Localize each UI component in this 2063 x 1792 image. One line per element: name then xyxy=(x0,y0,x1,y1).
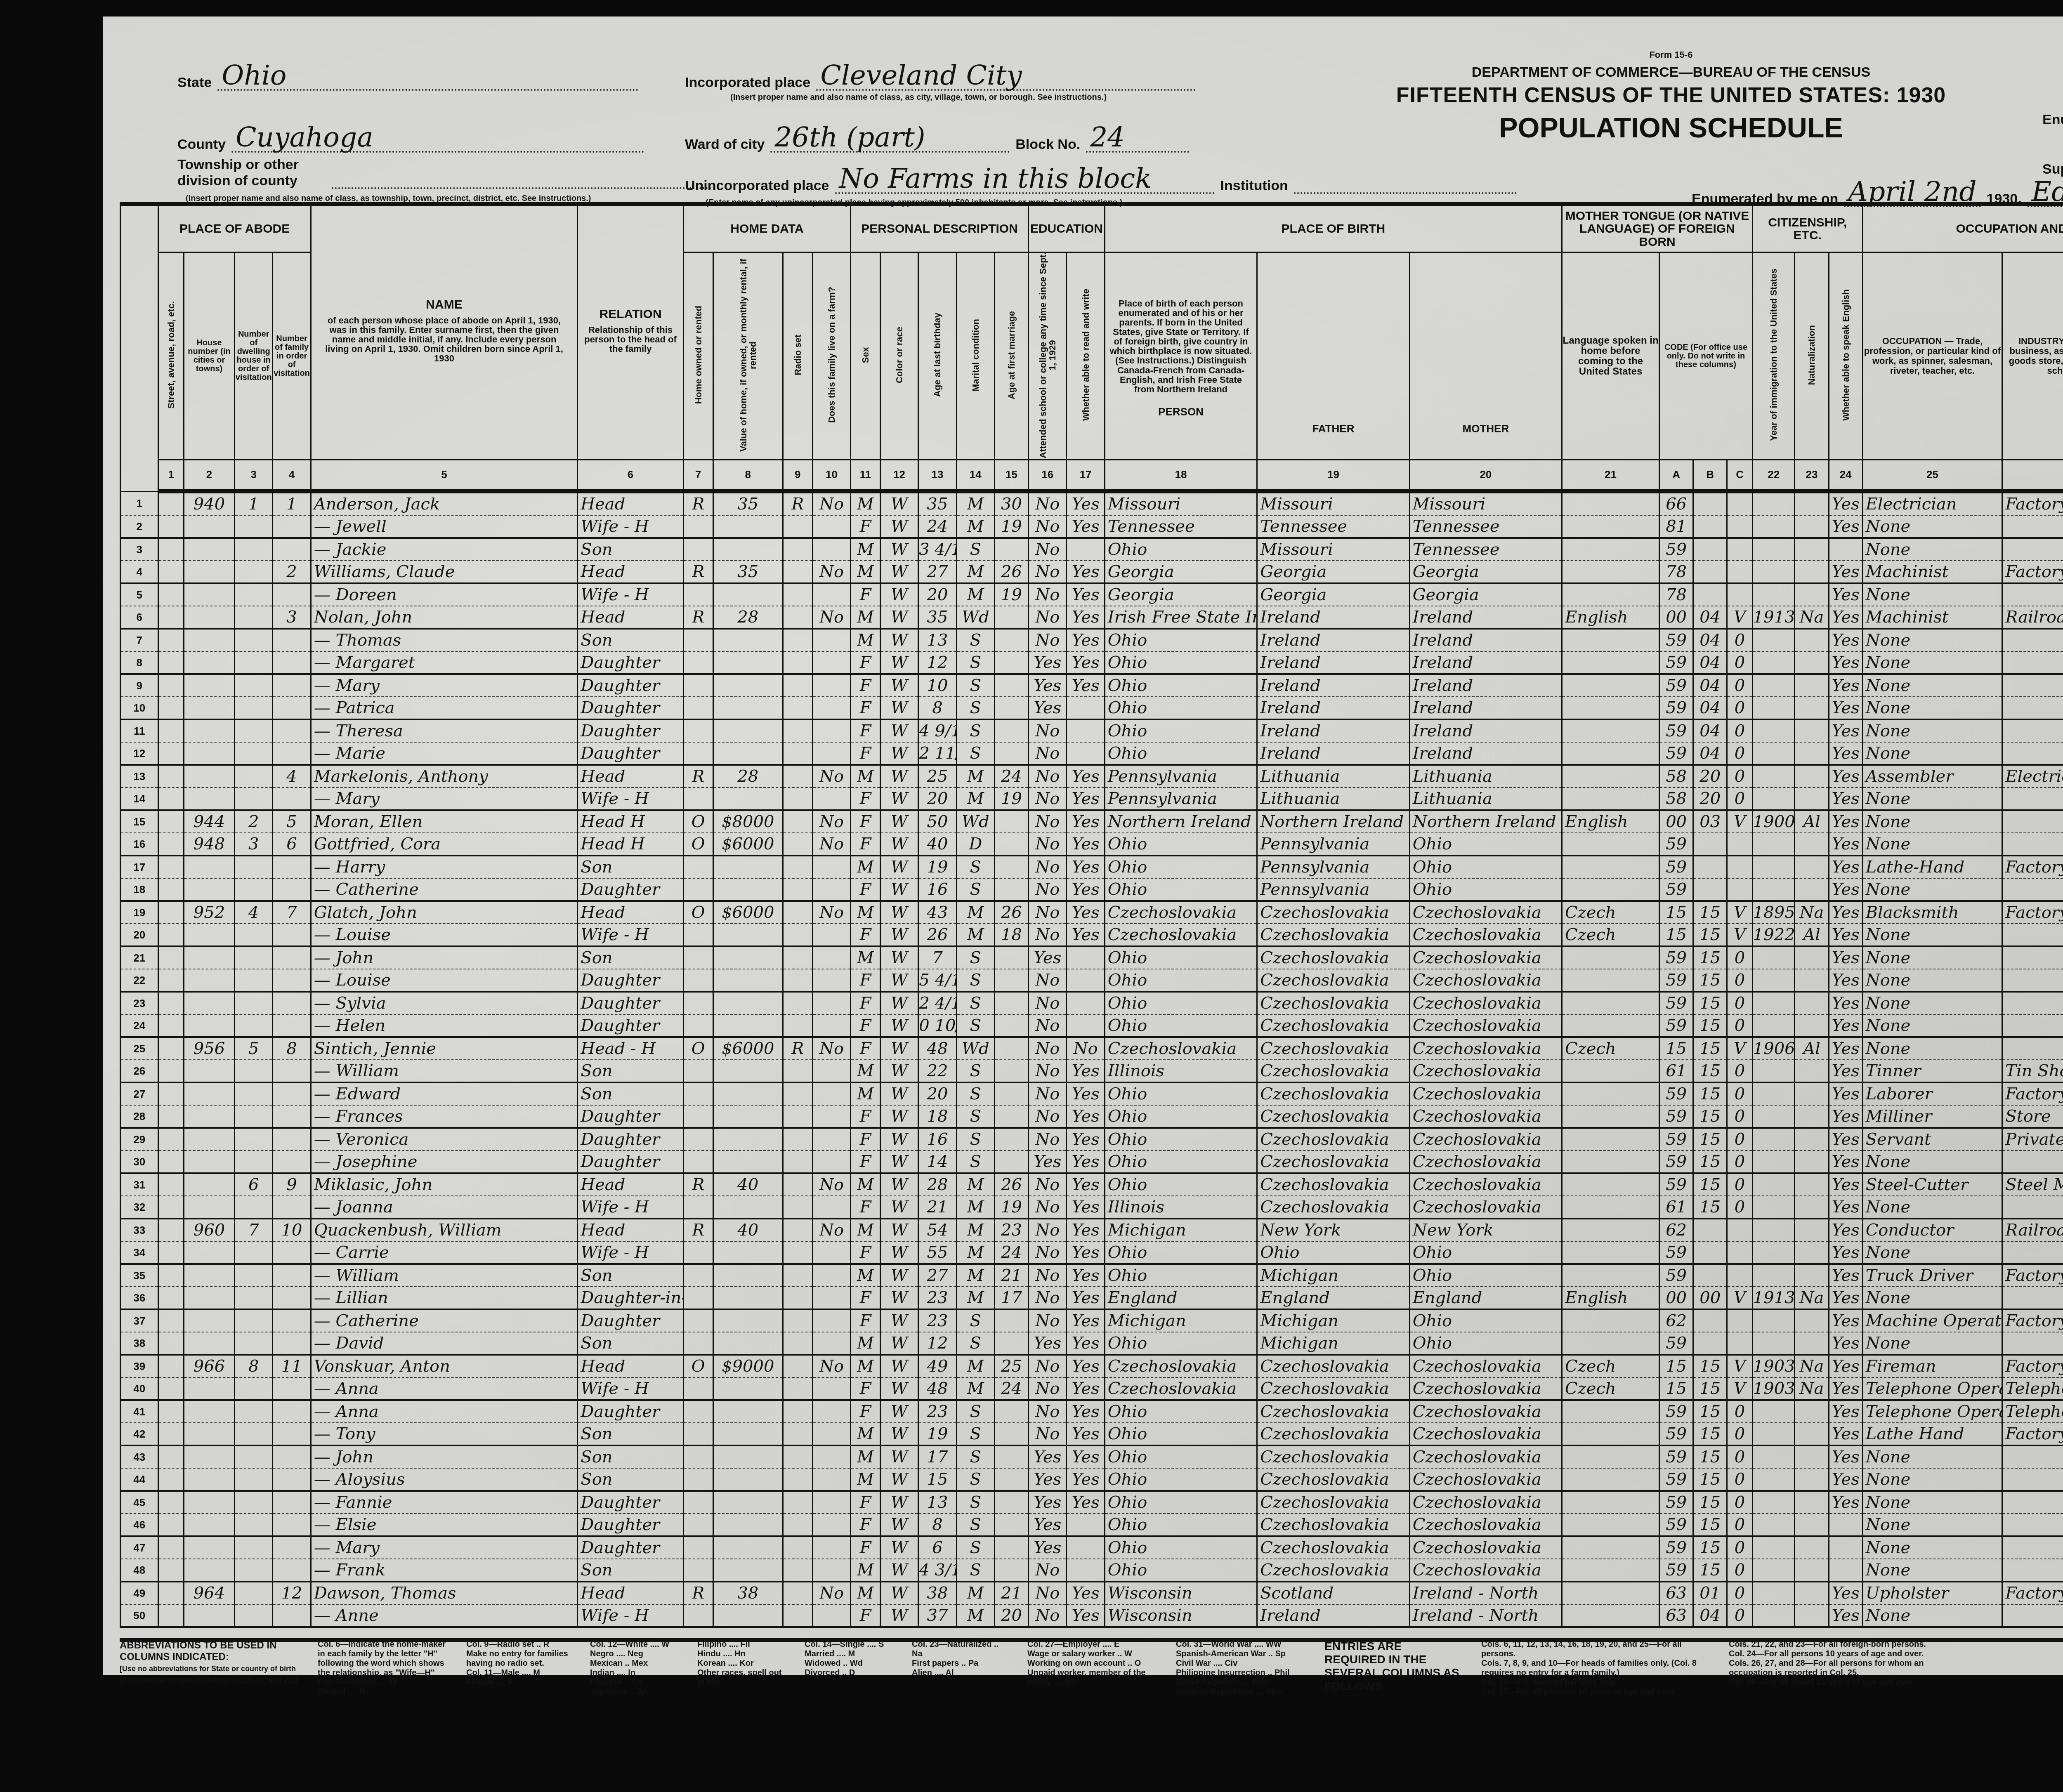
cell-codeC: V xyxy=(1727,810,1753,833)
cell-race: W xyxy=(880,1423,918,1445)
cell-house xyxy=(184,1082,234,1105)
cell-immig: 1906 xyxy=(1752,1037,1795,1060)
cell-father: Ireland xyxy=(1257,651,1409,674)
table-row: 41— AnnaDaughterFW23SNoYesOhioCzechoslov… xyxy=(120,1400,2063,1423)
table-row: 2— JewellWife - HFW24M19NoYesTennesseeTe… xyxy=(120,515,2063,538)
cell-name: Moran, Ellen xyxy=(311,810,577,833)
cell-immig: 1895 xyxy=(1752,901,1795,924)
cell-lang: English xyxy=(1562,810,1659,833)
cell-read: Yes xyxy=(1067,1219,1105,1241)
cell-age: 5 4/12 xyxy=(918,969,956,992)
cell-occupation: None xyxy=(1862,1287,2002,1309)
cell-read: Yes xyxy=(1067,1355,1105,1377)
cell-value: 35 xyxy=(713,491,783,515)
cell-lang: English xyxy=(1562,606,1659,629)
cell-radio xyxy=(783,1173,812,1196)
cell-mother: Ireland xyxy=(1409,651,1562,674)
column-number: 13 xyxy=(918,460,956,492)
cell-school: No xyxy=(1029,1355,1067,1377)
incorporated-field: Incorporated place Cleveland City xyxy=(685,62,1196,91)
cell-farm: No xyxy=(812,1037,850,1060)
cell-relation: Head xyxy=(578,561,684,583)
cell-age: 24 xyxy=(918,515,956,538)
cell-house xyxy=(184,1400,234,1423)
cell-occupation: None xyxy=(1862,719,2002,742)
cell-relation: Wife - H xyxy=(578,515,684,538)
cell-race: W xyxy=(880,810,918,833)
cell-natur xyxy=(1795,1468,1829,1491)
cell-name: — Jackie xyxy=(311,538,577,561)
cell-dwelling xyxy=(235,606,273,629)
cell-school: No xyxy=(1029,491,1067,515)
street-cell xyxy=(158,561,184,583)
cell-age: 27 xyxy=(918,561,956,583)
table-row: 29— VeronicaDaughterFW16SNoYesOhioCzecho… xyxy=(120,1128,2063,1151)
cell-age: 20 xyxy=(918,583,956,606)
table-row: 43— JohnSonMW17SYesYesOhioCzechoslovakia… xyxy=(120,1445,2063,1468)
cell-english: Yes xyxy=(1829,1173,1862,1196)
cell-name: Nolan, John xyxy=(311,606,577,629)
cell-marital: S xyxy=(956,1400,994,1423)
cell-lang xyxy=(1562,674,1659,697)
cell-codeA: 59 xyxy=(1659,1536,1693,1559)
cell-read: Yes xyxy=(1067,1151,1105,1173)
cell-radio xyxy=(783,878,812,901)
cell-birth: Wisconsin xyxy=(1105,1582,1257,1604)
cell-lang xyxy=(1562,1219,1659,1241)
entries-a: Cols. 6, 11, 12, 13, 14, 16, 18, 19, 20,… xyxy=(1481,1640,1712,1673)
cell-father: Scotland xyxy=(1257,1582,1409,1604)
table-row: 1995247Glatch, JohnHeadO$6000NoMW43M26No… xyxy=(120,901,2063,924)
cell-immig xyxy=(1752,1241,1795,1264)
cell-house xyxy=(184,606,234,629)
cell-value xyxy=(713,1287,783,1309)
cell-read: Yes xyxy=(1067,878,1105,901)
cell-radio xyxy=(783,538,812,561)
cell-race: W xyxy=(880,1287,918,1309)
cell-owned xyxy=(683,946,713,969)
cell-school: No xyxy=(1029,1582,1067,1604)
cell-relation: Wife - H xyxy=(578,583,684,606)
form-number: Form 15-6 xyxy=(1362,50,1980,60)
cell-read: Yes xyxy=(1067,901,1105,924)
line-number: 27 xyxy=(120,1082,158,1105)
cell-age-marr xyxy=(994,833,1028,856)
cell-read: Yes xyxy=(1067,515,1105,538)
cell-birth: Czechoslovakia xyxy=(1105,901,1257,924)
cell-family xyxy=(273,1151,311,1173)
cell-birth: Ohio xyxy=(1105,856,1257,878)
cell-owned xyxy=(683,651,713,674)
cell-father: New York xyxy=(1257,1219,1409,1241)
cell-family xyxy=(273,1559,311,1582)
cell-dwelling xyxy=(235,697,273,719)
cell-mother: Czechoslovakia xyxy=(1409,969,1562,992)
cell-sex: M xyxy=(851,1445,880,1468)
cell-birth: Ohio xyxy=(1105,1173,1257,1196)
cell-sex: M xyxy=(851,561,880,583)
cell-father: Pennsylvania xyxy=(1257,878,1409,901)
cell-dwelling xyxy=(235,1536,273,1559)
cell-birth: Wisconsin xyxy=(1105,1604,1257,1627)
cell-occupation: Lathe Hand xyxy=(1862,1423,2002,1445)
abbrev-col14: Col. 14—Single .... S Married .... M Wid… xyxy=(805,1640,895,1673)
cell-codeB: 15 xyxy=(1693,1355,1727,1377)
cell-age: 48 xyxy=(918,1037,956,1060)
cell-farm xyxy=(812,1400,850,1423)
cell-family xyxy=(273,1105,311,1128)
cell-name: — Louise xyxy=(311,924,577,946)
cell-age-marr xyxy=(994,1332,1028,1355)
cell-race: W xyxy=(880,1377,918,1400)
cell-immig: 1913 xyxy=(1752,1287,1795,1309)
cell-house: 956 xyxy=(184,1037,234,1060)
cell-read: Yes xyxy=(1067,1332,1105,1355)
block-label: Block No. xyxy=(1015,137,1080,153)
cell-industry: Private Family xyxy=(2002,1128,2063,1151)
census-sheet: State Ohio County Cuyahoga Township or o… xyxy=(103,17,2063,1675)
cell-radio xyxy=(783,1468,812,1491)
line-number: 40 xyxy=(120,1377,158,1400)
cell-read: Yes xyxy=(1067,1264,1105,1287)
cell-race: W xyxy=(880,1173,918,1196)
line-number: 43 xyxy=(120,1445,158,1468)
cell-farm xyxy=(812,1309,850,1332)
street-cell xyxy=(158,1196,184,1219)
line-number: 42 xyxy=(120,1423,158,1445)
cell-natur xyxy=(1795,1309,1829,1332)
cell-english xyxy=(1829,1514,1862,1536)
group-abode: PLACE OF ABODE xyxy=(158,206,311,252)
cell-birth: Ohio xyxy=(1105,1536,1257,1559)
cell-farm xyxy=(812,1332,850,1355)
cell-mother: Czechoslovakia xyxy=(1409,1423,1562,1445)
cell-natur: Na xyxy=(1795,1355,1829,1377)
cell-english: Yes xyxy=(1829,833,1862,856)
cell-lang: Czech xyxy=(1562,924,1659,946)
cell-codeA: 66 xyxy=(1659,491,1693,515)
cell-age: 2 4/12 xyxy=(918,992,956,1014)
cell-codeB xyxy=(1693,561,1727,583)
table-row: 36— LillianDaughter-in-lawFW23M17NoYesEn… xyxy=(120,1287,2063,1309)
cell-birth: Georgia xyxy=(1105,561,1257,583)
cell-english: Yes xyxy=(1829,1309,1862,1332)
cell-birth: Missouri xyxy=(1105,491,1257,515)
cell-age: 20 xyxy=(918,1082,956,1105)
line-number: 7 xyxy=(120,629,158,651)
table-row: 8— MargaretDaughterFW12SYesYesOhioIrelan… xyxy=(120,651,2063,674)
table-row: 21— JohnSonMW7SYesOhioCzechoslovakiaCzec… xyxy=(120,946,2063,969)
cell-english: Yes xyxy=(1829,1151,1862,1173)
cell-house xyxy=(184,1536,234,1559)
cell-dwelling xyxy=(235,1105,273,1128)
cell-value: 35 xyxy=(713,561,783,583)
cell-industry: Factory xyxy=(2002,491,2063,515)
cell-name: — Anne xyxy=(311,1604,577,1627)
cell-value xyxy=(713,1536,783,1559)
cell-read xyxy=(1067,946,1105,969)
table-row: 37— CatherineDaughterFW23SNoYesMichiganM… xyxy=(120,1309,2063,1332)
cell-age: 13 xyxy=(918,629,956,651)
cell-age-marr xyxy=(994,856,1028,878)
column-number: 19 xyxy=(1257,460,1409,492)
street-cell xyxy=(158,651,184,674)
column-number: 3 xyxy=(235,460,273,492)
cell-english: Yes xyxy=(1829,1582,1862,1604)
cell-dwelling: 4 xyxy=(235,901,273,924)
cell-marital: S xyxy=(956,1332,994,1355)
cell-value xyxy=(713,629,783,651)
cell-value xyxy=(713,719,783,742)
cell-father: Czechoslovakia xyxy=(1257,1468,1409,1491)
cell-owned: O xyxy=(683,1037,713,1060)
cell-occupation: None xyxy=(1862,992,2002,1014)
cell-school: No xyxy=(1029,538,1067,561)
cell-immig xyxy=(1752,1264,1795,1287)
street-cell xyxy=(158,788,184,810)
cell-mother: Czechoslovakia xyxy=(1409,1468,1562,1491)
cell-relation: Head - H xyxy=(578,1037,684,1060)
cell-race: W xyxy=(880,1491,918,1514)
line-number: 3 xyxy=(120,538,158,561)
cell-birth: Ohio xyxy=(1105,992,1257,1014)
cell-codeB: 15 xyxy=(1693,1559,1727,1582)
cell-codeA: 00 xyxy=(1659,810,1693,833)
cell-age: 16 xyxy=(918,878,956,901)
line-number-header xyxy=(120,206,158,491)
cell-lang xyxy=(1562,651,1659,674)
cell-age: 4 9/12 xyxy=(918,719,956,742)
cell-sex: F xyxy=(851,1241,880,1264)
cell-dwelling xyxy=(235,1287,273,1309)
cell-name: — Mary xyxy=(311,1536,577,1559)
cell-lang xyxy=(1562,1173,1659,1196)
cell-relation: Daughter xyxy=(578,1309,684,1332)
cell-farm xyxy=(812,1060,850,1082)
cell-occupation: Machinist xyxy=(1862,606,2002,629)
cell-marital: S xyxy=(956,856,994,878)
cell-school: No xyxy=(1029,992,1067,1014)
cell-age-marr xyxy=(994,538,1028,561)
cell-birth: Michigan xyxy=(1105,1219,1257,1241)
cell-read: Yes xyxy=(1067,1287,1105,1309)
cell-read: Yes xyxy=(1067,1423,1105,1445)
cell-industry: Factory xyxy=(2002,901,2063,924)
cell-family xyxy=(273,992,311,1014)
cell-father: Czechoslovakia xyxy=(1257,969,1409,992)
cell-relation: Son xyxy=(578,1332,684,1355)
cell-dwelling xyxy=(235,1128,273,1151)
cell-industry: Railroad xyxy=(2002,1219,2063,1241)
cell-read xyxy=(1067,538,1105,561)
cell-marital: Wd xyxy=(956,810,994,833)
street-cell xyxy=(158,1491,184,1514)
cell-relation: Head H xyxy=(578,810,684,833)
cell-codeB: 15 xyxy=(1693,1173,1727,1196)
cell-mother: Lithuania xyxy=(1409,788,1562,810)
cell-birth: Ohio xyxy=(1105,1514,1257,1536)
township-value xyxy=(332,187,711,189)
cell-occupation: None xyxy=(1862,1559,2002,1582)
group-education: EDUCATION xyxy=(1029,206,1105,252)
cell-mother: Czechoslovakia xyxy=(1409,1536,1562,1559)
cell-value xyxy=(713,924,783,946)
cell-codeC: V xyxy=(1727,924,1753,946)
cell-value xyxy=(713,1377,783,1400)
cell-codeC xyxy=(1727,1241,1753,1264)
cell-age-marr: 19 xyxy=(994,515,1028,538)
cell-english: Yes xyxy=(1829,491,1862,515)
table-row: 34— CarrieWife - HFW55M24NoYesOhioOhioOh… xyxy=(120,1241,2063,1264)
cell-owned: R xyxy=(683,1582,713,1604)
line-number: 48 xyxy=(120,1559,158,1582)
cell-codeA: 63 xyxy=(1659,1604,1693,1627)
cell-birth: Ohio xyxy=(1105,629,1257,651)
table-row: 14— MaryWife - HFW20M19NoYesPennsylvania… xyxy=(120,788,2063,810)
cell-codeB: 15 xyxy=(1693,1082,1727,1105)
cell-family xyxy=(273,1400,311,1423)
cell-age-marr: 23 xyxy=(994,1219,1028,1241)
cell-value xyxy=(713,878,783,901)
cell-mother: Ireland xyxy=(1409,719,1562,742)
table-row: 194011Anderson, JackHeadR35RNoMW35M30NoY… xyxy=(120,491,2063,515)
cell-radio xyxy=(783,1151,812,1173)
cell-mother: Czechoslovakia xyxy=(1409,1014,1562,1037)
line-number: 16 xyxy=(120,833,158,856)
cell-sex: F xyxy=(851,674,880,697)
cell-owned xyxy=(683,1241,713,1264)
cell-marital: M xyxy=(956,924,994,946)
cell-lang xyxy=(1562,1196,1659,1219)
line-number: 10 xyxy=(120,697,158,719)
cell-mother: New York xyxy=(1409,1219,1562,1241)
cell-marital: S xyxy=(956,1128,994,1151)
cell-immig xyxy=(1752,629,1795,651)
cell-english: Yes xyxy=(1829,742,1862,765)
cell-industry xyxy=(2002,1151,2063,1173)
cell-family xyxy=(273,1468,311,1491)
cell-farm xyxy=(812,1014,850,1037)
cell-english: Yes xyxy=(1829,946,1862,969)
cell-age-marr xyxy=(994,1400,1028,1423)
cell-owned xyxy=(683,674,713,697)
cell-birth: Ohio xyxy=(1105,833,1257,856)
cell-value xyxy=(713,538,783,561)
cell-mother: Ireland xyxy=(1409,674,1562,697)
cell-farm xyxy=(812,992,850,1014)
cell-relation: Head xyxy=(578,765,684,788)
cell-read: Yes xyxy=(1067,651,1105,674)
cell-school: No xyxy=(1029,810,1067,833)
cell-read xyxy=(1067,992,1105,1014)
cell-industry xyxy=(2002,583,2063,606)
cell-owned xyxy=(683,583,713,606)
cell-marital: M xyxy=(956,1604,994,1627)
cell-mother: Czechoslovakia xyxy=(1409,901,1562,924)
cell-owned xyxy=(683,969,713,992)
cell-age: 12 xyxy=(918,1332,956,1355)
cell-english: Yes xyxy=(1829,1014,1862,1037)
column-number: 16 xyxy=(1029,460,1067,492)
cell-age-marr xyxy=(994,674,1028,697)
table-row: 3169Miklasic, JohnHeadR40NoMW28M26NoYesO… xyxy=(120,1173,2063,1196)
cell-age: 18 xyxy=(918,1105,956,1128)
cell-relation: Wife - H xyxy=(578,788,684,810)
cell-race: W xyxy=(880,606,918,629)
cell-natur: Na xyxy=(1795,1287,1829,1309)
cell-natur xyxy=(1795,719,1829,742)
column-number: 2 xyxy=(184,460,234,492)
street-cell xyxy=(158,924,184,946)
cell-father: Michigan xyxy=(1257,1264,1409,1287)
cell-relation: Head xyxy=(578,1355,684,1377)
cell-natur xyxy=(1795,1445,1829,1468)
line-number: 28 xyxy=(120,1105,158,1128)
cell-marital: M xyxy=(956,1287,994,1309)
cell-marital: M xyxy=(956,1196,994,1219)
cell-school: No xyxy=(1029,1128,1067,1151)
cell-age: 19 xyxy=(918,1423,956,1445)
cell-occupation: None xyxy=(1862,651,2002,674)
cell-relation: Daughter xyxy=(578,674,684,697)
cell-relation: Daughter xyxy=(578,1400,684,1423)
cell-sex: M xyxy=(851,1082,880,1105)
cell-family xyxy=(273,1423,311,1445)
cell-value xyxy=(713,742,783,765)
cell-birth: Pennsylvania xyxy=(1105,788,1257,810)
cell-relation: Daughter xyxy=(578,1536,684,1559)
cell-occupation: None xyxy=(1862,969,2002,992)
cell-radio xyxy=(783,1582,812,1604)
street-cell xyxy=(158,1014,184,1037)
cell-immig xyxy=(1752,1196,1795,1219)
table-row: 40— AnnaWife - HFW48M24NoYesCzechoslovak… xyxy=(120,1377,2063,1400)
cell-codeA: 15 xyxy=(1659,1377,1693,1400)
cell-sex: F xyxy=(851,1151,880,1173)
cell-codeA: 15 xyxy=(1659,924,1693,946)
cell-codeA: 59 xyxy=(1659,992,1693,1014)
cell-owned xyxy=(683,992,713,1014)
cell-name: — Frances xyxy=(311,1105,577,1128)
cell-relation: Daughter xyxy=(578,719,684,742)
cell-marital: S xyxy=(956,697,994,719)
cell-school: No xyxy=(1029,1037,1067,1060)
cell-birth: Irish Free State Ireland xyxy=(1105,606,1257,629)
cell-mother: Czechoslovakia xyxy=(1409,1105,1562,1128)
cell-family xyxy=(273,742,311,765)
cell-sex: F xyxy=(851,742,880,765)
cell-relation: Wife - H xyxy=(578,1377,684,1400)
cell-family xyxy=(273,1128,311,1151)
cell-dwelling xyxy=(235,1196,273,1219)
cell-lang xyxy=(1562,583,1659,606)
line-number: 33 xyxy=(120,1219,158,1241)
cell-mother: Czechoslovakia xyxy=(1409,1151,1562,1173)
cell-house xyxy=(184,742,234,765)
cell-sex: M xyxy=(851,629,880,651)
cell-english: Yes xyxy=(1829,515,1862,538)
unincorporated-field: Unincorporated place No Farms in this bl… xyxy=(685,165,1517,194)
cell-relation: Son xyxy=(578,1060,684,1082)
cell-school: Yes xyxy=(1029,651,1067,674)
cell-value xyxy=(713,1128,783,1151)
cell-sex: F xyxy=(851,1309,880,1332)
cell-codeC: 0 xyxy=(1727,1582,1753,1604)
cell-marital: S xyxy=(956,719,994,742)
cell-sex: M xyxy=(851,1173,880,1196)
cell-birth: Ohio xyxy=(1105,742,1257,765)
cell-birth: Czechoslovakia xyxy=(1105,924,1257,946)
